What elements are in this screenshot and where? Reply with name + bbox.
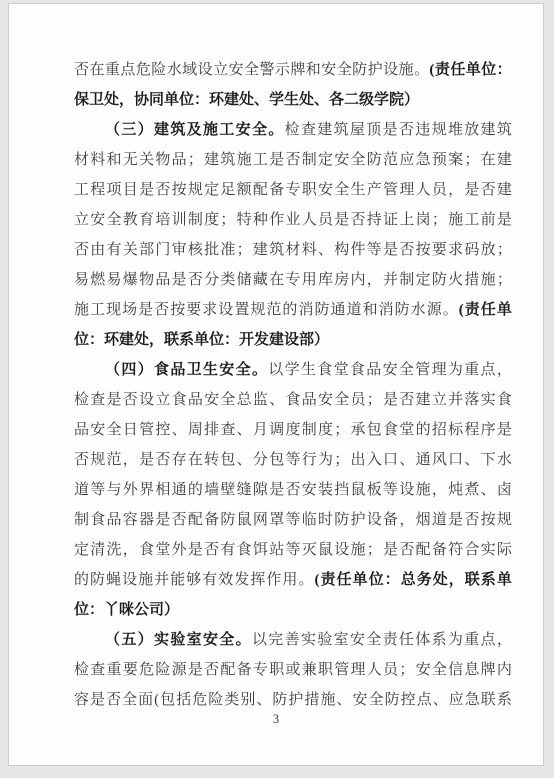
text-line: 立安全教育培训制度；特种作业人员是否持证上岗；施工前是 bbox=[74, 205, 512, 235]
page-number: 3 bbox=[9, 709, 543, 729]
text-line: 定清洗，食堂外是否有食饵站等灭鼠设施；是否配备符合实际 bbox=[74, 535, 512, 565]
text-line: 品安全日管控、周排查、月调度制度；承包食堂的招标程序是 bbox=[74, 415, 512, 445]
text-line: 位：丫咪公司） bbox=[74, 595, 512, 625]
text-line: 检查是否设立食品安全总监、食品安全员；是否建立并落实食 bbox=[74, 385, 512, 415]
text-line: 位：环建处，联系单位：开发建设部） bbox=[74, 325, 512, 355]
text-line: 材料和无关物品；建筑施工是否制定安全防范应急预案；在建 bbox=[74, 145, 512, 175]
text-line: （三）建筑及施工安全。检查建筑屋顶是否违规堆放建筑 bbox=[74, 115, 512, 145]
text-line: 的防蝇设施并能够有效发挥作用。(责任单位：总务处，联系单 bbox=[74, 565, 512, 595]
text-line: （四）食品卫生安全。以学生食堂食品安全管理为重点， bbox=[74, 355, 512, 385]
text-line: 工程项目是否按规定足额配备专职安全生产管理人员，是否建 bbox=[74, 175, 512, 205]
text-line: 否在重点危险水域设立安全警示牌和安全防护设施。(责任单位： bbox=[74, 55, 512, 85]
document-body: 否在重点危险水域设立安全警示牌和安全防护设施。(责任单位：保卫处，协同单位：环建… bbox=[74, 55, 512, 715]
text-line: 施工现场是否按要求设置规范的消防通道和消防水源。(责任单 bbox=[74, 295, 512, 325]
text-line: 否规范，是否存在转包、分包等行为；出入口、通风口、下水 bbox=[74, 445, 512, 475]
text-line: （五）实验室安全。以完善实验室安全责任体系为重点， bbox=[74, 625, 512, 655]
text-line: 制食品容器是否配备防鼠网罩等临时防护设备，烟道是否按规 bbox=[74, 505, 512, 535]
page-background: { "page": { "number": "3", "paper_color"… bbox=[0, 0, 554, 778]
document-page: 否在重点危险水域设立安全警示牌和安全防护设施。(责任单位：保卫处，协同单位：环建… bbox=[8, 3, 544, 766]
text-line: 易燃易爆物品是否分类储藏在专用库房内，并制定防火措施； bbox=[74, 265, 512, 295]
text-line: 否由有关部门审核批准；建筑材料、构件等是否按要求码放； bbox=[74, 235, 512, 265]
text-line: 保卫处，协同单位：环建处、学生处、各二级学院） bbox=[74, 85, 512, 115]
text-line: 检查重要危险源是否配备专职或兼职管理人员；安全信息牌内 bbox=[74, 655, 512, 685]
text-line: 道等与外界相通的墙壁缝隙是否安装挡鼠板等设施，炖煮、卤 bbox=[74, 475, 512, 505]
